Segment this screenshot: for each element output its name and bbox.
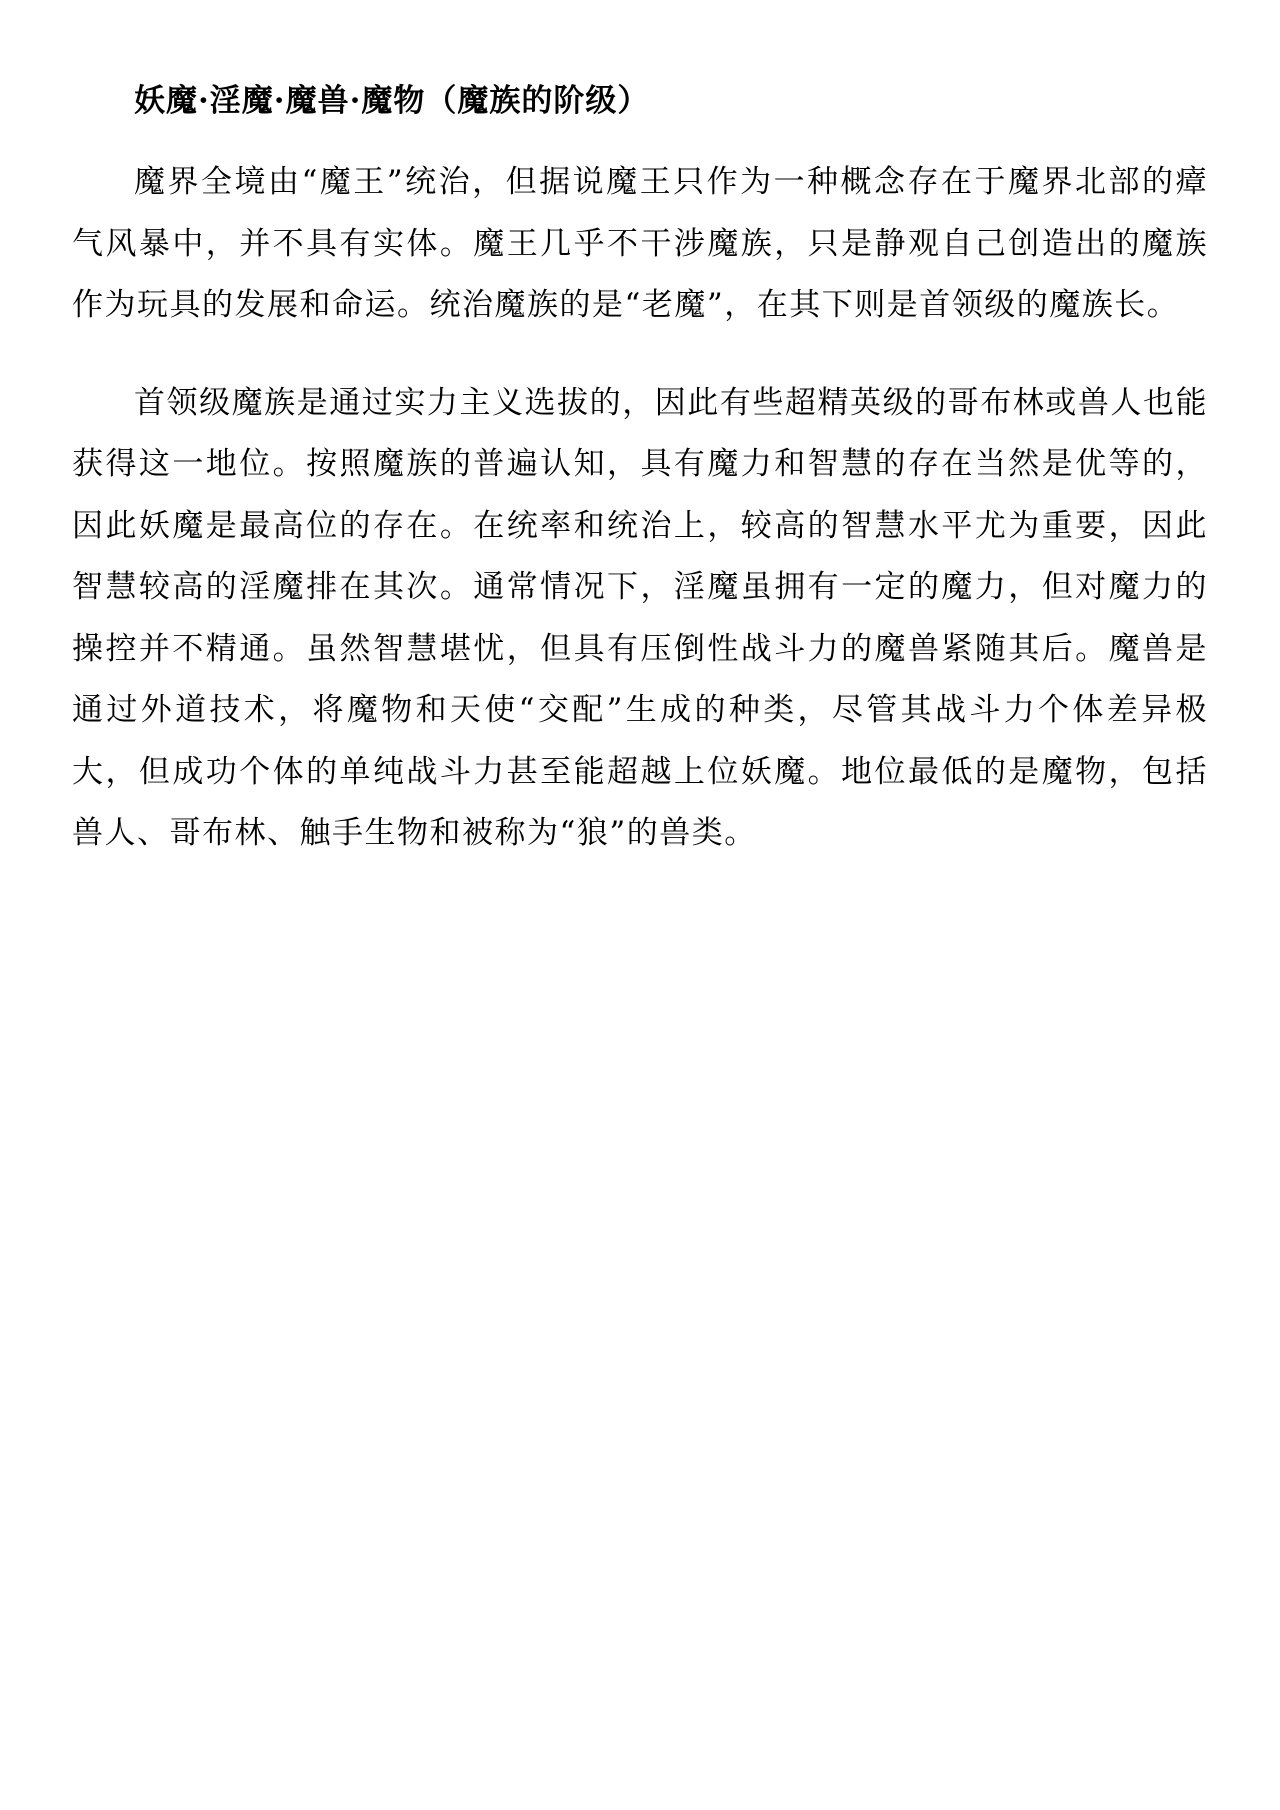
document-heading: 妖魔·淫魔·魔兽·魔物（魔族的阶级） xyxy=(72,76,1208,126)
paragraph-2: 首领级魔族是通过实力主义选拔的，因此有些超精英级的哥布林或兽人也能获得这一地位。… xyxy=(72,373,1208,865)
paragraph-1: 魔界全境由“魔王”统治，但据说魔王只作为一种概念存在于魔界北部的瘴气风暴中，并不… xyxy=(72,152,1208,337)
document-page: 妖魔·淫魔·魔兽·魔物（魔族的阶级） 魔界全境由“魔王”统治，但据说魔王只作为一… xyxy=(0,0,1280,1810)
document-content: 妖魔·淫魔·魔兽·魔物（魔族的阶级） 魔界全境由“魔王”统治，但据说魔王只作为一… xyxy=(0,0,1280,865)
